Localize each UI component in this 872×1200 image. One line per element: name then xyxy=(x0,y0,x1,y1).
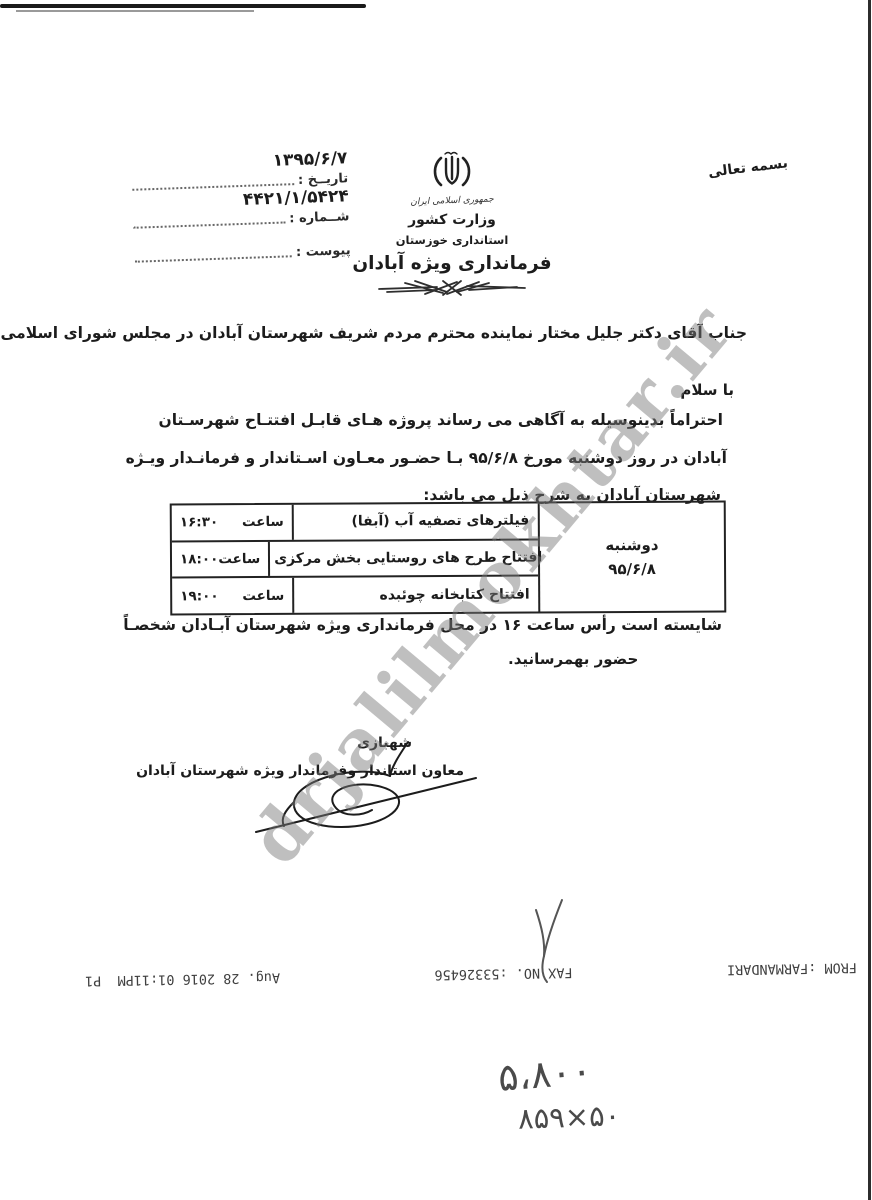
time-value: ۱۹:۰۰ xyxy=(180,588,218,604)
closing-line-1: شایسته است رأس ساعت ۱۶ در محل فرمانداری … xyxy=(123,616,722,634)
table-day-cell: دوشنبه ۹۵/۶/۸ xyxy=(538,503,725,612)
table-rows: ساعت ۱۶:۳۰ فیلترهای تصفیه آب (آبفا) ساعت… xyxy=(172,504,538,614)
bismillah-text: بسمه تعالی xyxy=(692,153,803,182)
table-row: ساعت ۱۸:۰۰ افتتاح طرح های روستایی بخش مر… xyxy=(172,540,538,579)
event-cell: فیلترهای تصفیه آب (آبفا) xyxy=(294,513,538,530)
letterhead-office: فرمانداری ویژه آبادان xyxy=(352,253,552,274)
handwritten-note-1: ۵،۸۰۰ xyxy=(496,1048,593,1100)
fax-from: FROM :FARMANDARI xyxy=(727,959,857,977)
body-line-1: احتراماً بدینوسیله به آگاهی می رساند پرو… xyxy=(158,411,723,429)
number-label: شــماره : xyxy=(289,209,350,226)
closing-bold-time: ساعت ۱۶ xyxy=(502,616,574,634)
day-date: ۹۵/۶/۸ xyxy=(608,560,656,578)
handwritten-note-2: ۵۰×۸۵۹ xyxy=(517,1098,620,1136)
fax-header-upside-down: FROM :FARMANDARI FAX NO. :53326456 Aug. … xyxy=(85,959,857,988)
dotted-line xyxy=(134,244,292,262)
time-value: ۱۸:۰۰ xyxy=(180,551,218,567)
handwritten-signature-icon xyxy=(250,740,480,835)
table-row: ساعت ۱۹:۰۰ افتتاح کتابخانه چوئبده xyxy=(172,577,538,614)
fax-number: FAX NO. :53326456 xyxy=(434,964,572,982)
addressee-line: جناب آقای دکتر جلیل مختار نماینده محترم … xyxy=(0,324,747,342)
event-cell: افتتاح کتابخانه چوئبده xyxy=(294,586,538,603)
letter-meta-block: ۱۳۹۵/۶/۷ تاریــخ : ۴۴۲۱/۱/۵۴۲۴ شــماره :… xyxy=(131,148,351,265)
letterhead-ministry: وزارت کشور xyxy=(352,212,552,228)
scan-artifact-top-line xyxy=(0,4,366,8)
table-row: ساعت ۱۶:۳۰ فیلترهای تصفیه آب (آبفا) xyxy=(172,504,538,543)
closing-line-2: حضور بهمرسانید. xyxy=(508,650,638,668)
time-value: ۱۶:۳۰ xyxy=(180,515,218,531)
letterhead-country: جمهوری اسلامی ایران xyxy=(352,193,552,210)
attachment-label: پیوست : xyxy=(296,243,351,260)
time-cell: ساعت ۱۹:۰۰ xyxy=(172,578,294,613)
body-line-2: آبادان در روز دوشنبه مورخ ۹۵/۶/۸ بـا حضـ… xyxy=(126,449,727,467)
time-label: ساعت xyxy=(242,588,284,604)
time-cell: ساعت ۱۸:۰۰ xyxy=(172,542,270,577)
closing-pre: شایسته است رأس xyxy=(575,616,722,634)
day-name: دوشنبه xyxy=(605,536,658,554)
iran-emblem-icon xyxy=(429,150,475,190)
time-label: ساعت xyxy=(242,514,284,530)
event-cell: افتتاح طرح های روستایی بخش مرکزی xyxy=(270,549,550,566)
dotted-line xyxy=(133,210,285,228)
letterhead: جمهوری اسلامی ایران وزارت کشور استانداری… xyxy=(352,150,552,302)
time-label: ساعت xyxy=(218,551,260,567)
scan-artifact-top-line-2 xyxy=(16,10,254,12)
date-label: تاریــخ : xyxy=(298,171,349,188)
closing-post: در محل فرمانداری ویژه شهرستان آبـادان شخ… xyxy=(123,616,502,634)
letterhead-governorate: استانداری خوزستان xyxy=(352,233,552,247)
calligraphic-divider-icon xyxy=(377,278,527,298)
scan-artifact-right-edge xyxy=(868,0,871,1200)
schedule-table: دوشنبه ۹۵/۶/۸ ساعت ۱۶:۳۰ فیلترهای تصفیه … xyxy=(170,501,727,616)
time-cell: ساعت ۱۶:۳۰ xyxy=(172,505,294,540)
salutation: با سلام xyxy=(680,381,734,399)
fax-datetime: Aug. 28 2016 01:11PM P1 xyxy=(85,969,280,988)
